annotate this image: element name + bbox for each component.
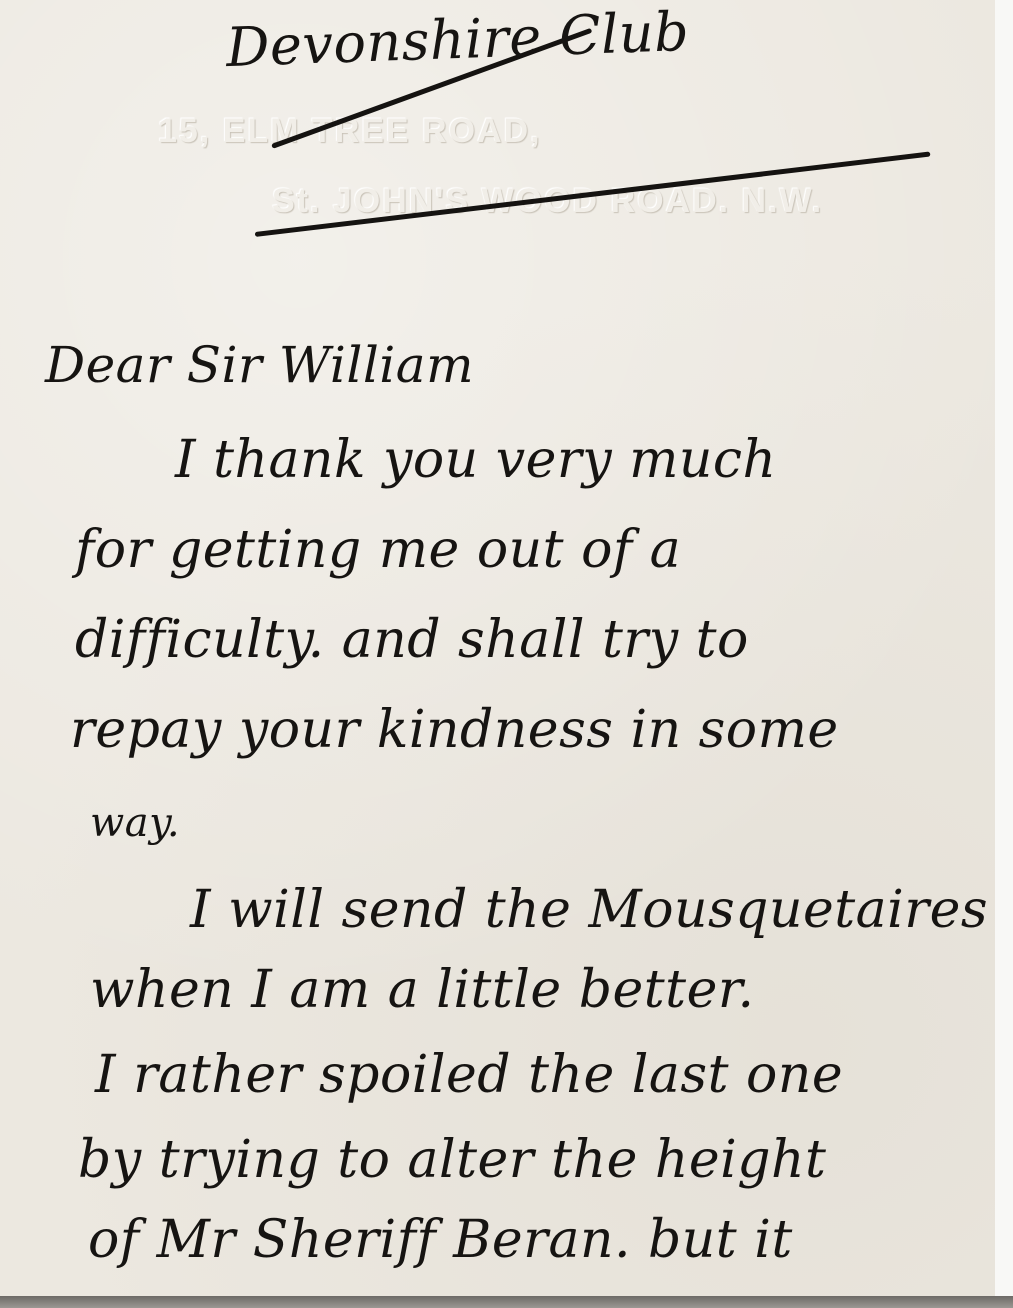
- scan-right-margin: [995, 0, 1013, 1308]
- letter-line: way.: [90, 800, 180, 846]
- letter-line: difficulty. and shall try to: [75, 610, 749, 670]
- letter-line: when I am a little better.: [90, 960, 755, 1020]
- scan-bottom-edge: [0, 1296, 1013, 1308]
- letter-line: repay your kindness in some: [70, 700, 839, 760]
- letter-line: for getting me out of a: [75, 520, 681, 580]
- salutation: Dear Sir William: [45, 336, 474, 394]
- letter-line: I thank you very much: [175, 430, 777, 490]
- letter-line: of Mr Sheriff Beran. but it: [88, 1210, 793, 1270]
- letter-line: I rather spoiled the last one: [95, 1045, 843, 1105]
- letter-line: I will send the Mousquetaires: [190, 880, 988, 940]
- letter-line: by trying to alter the height: [78, 1130, 826, 1190]
